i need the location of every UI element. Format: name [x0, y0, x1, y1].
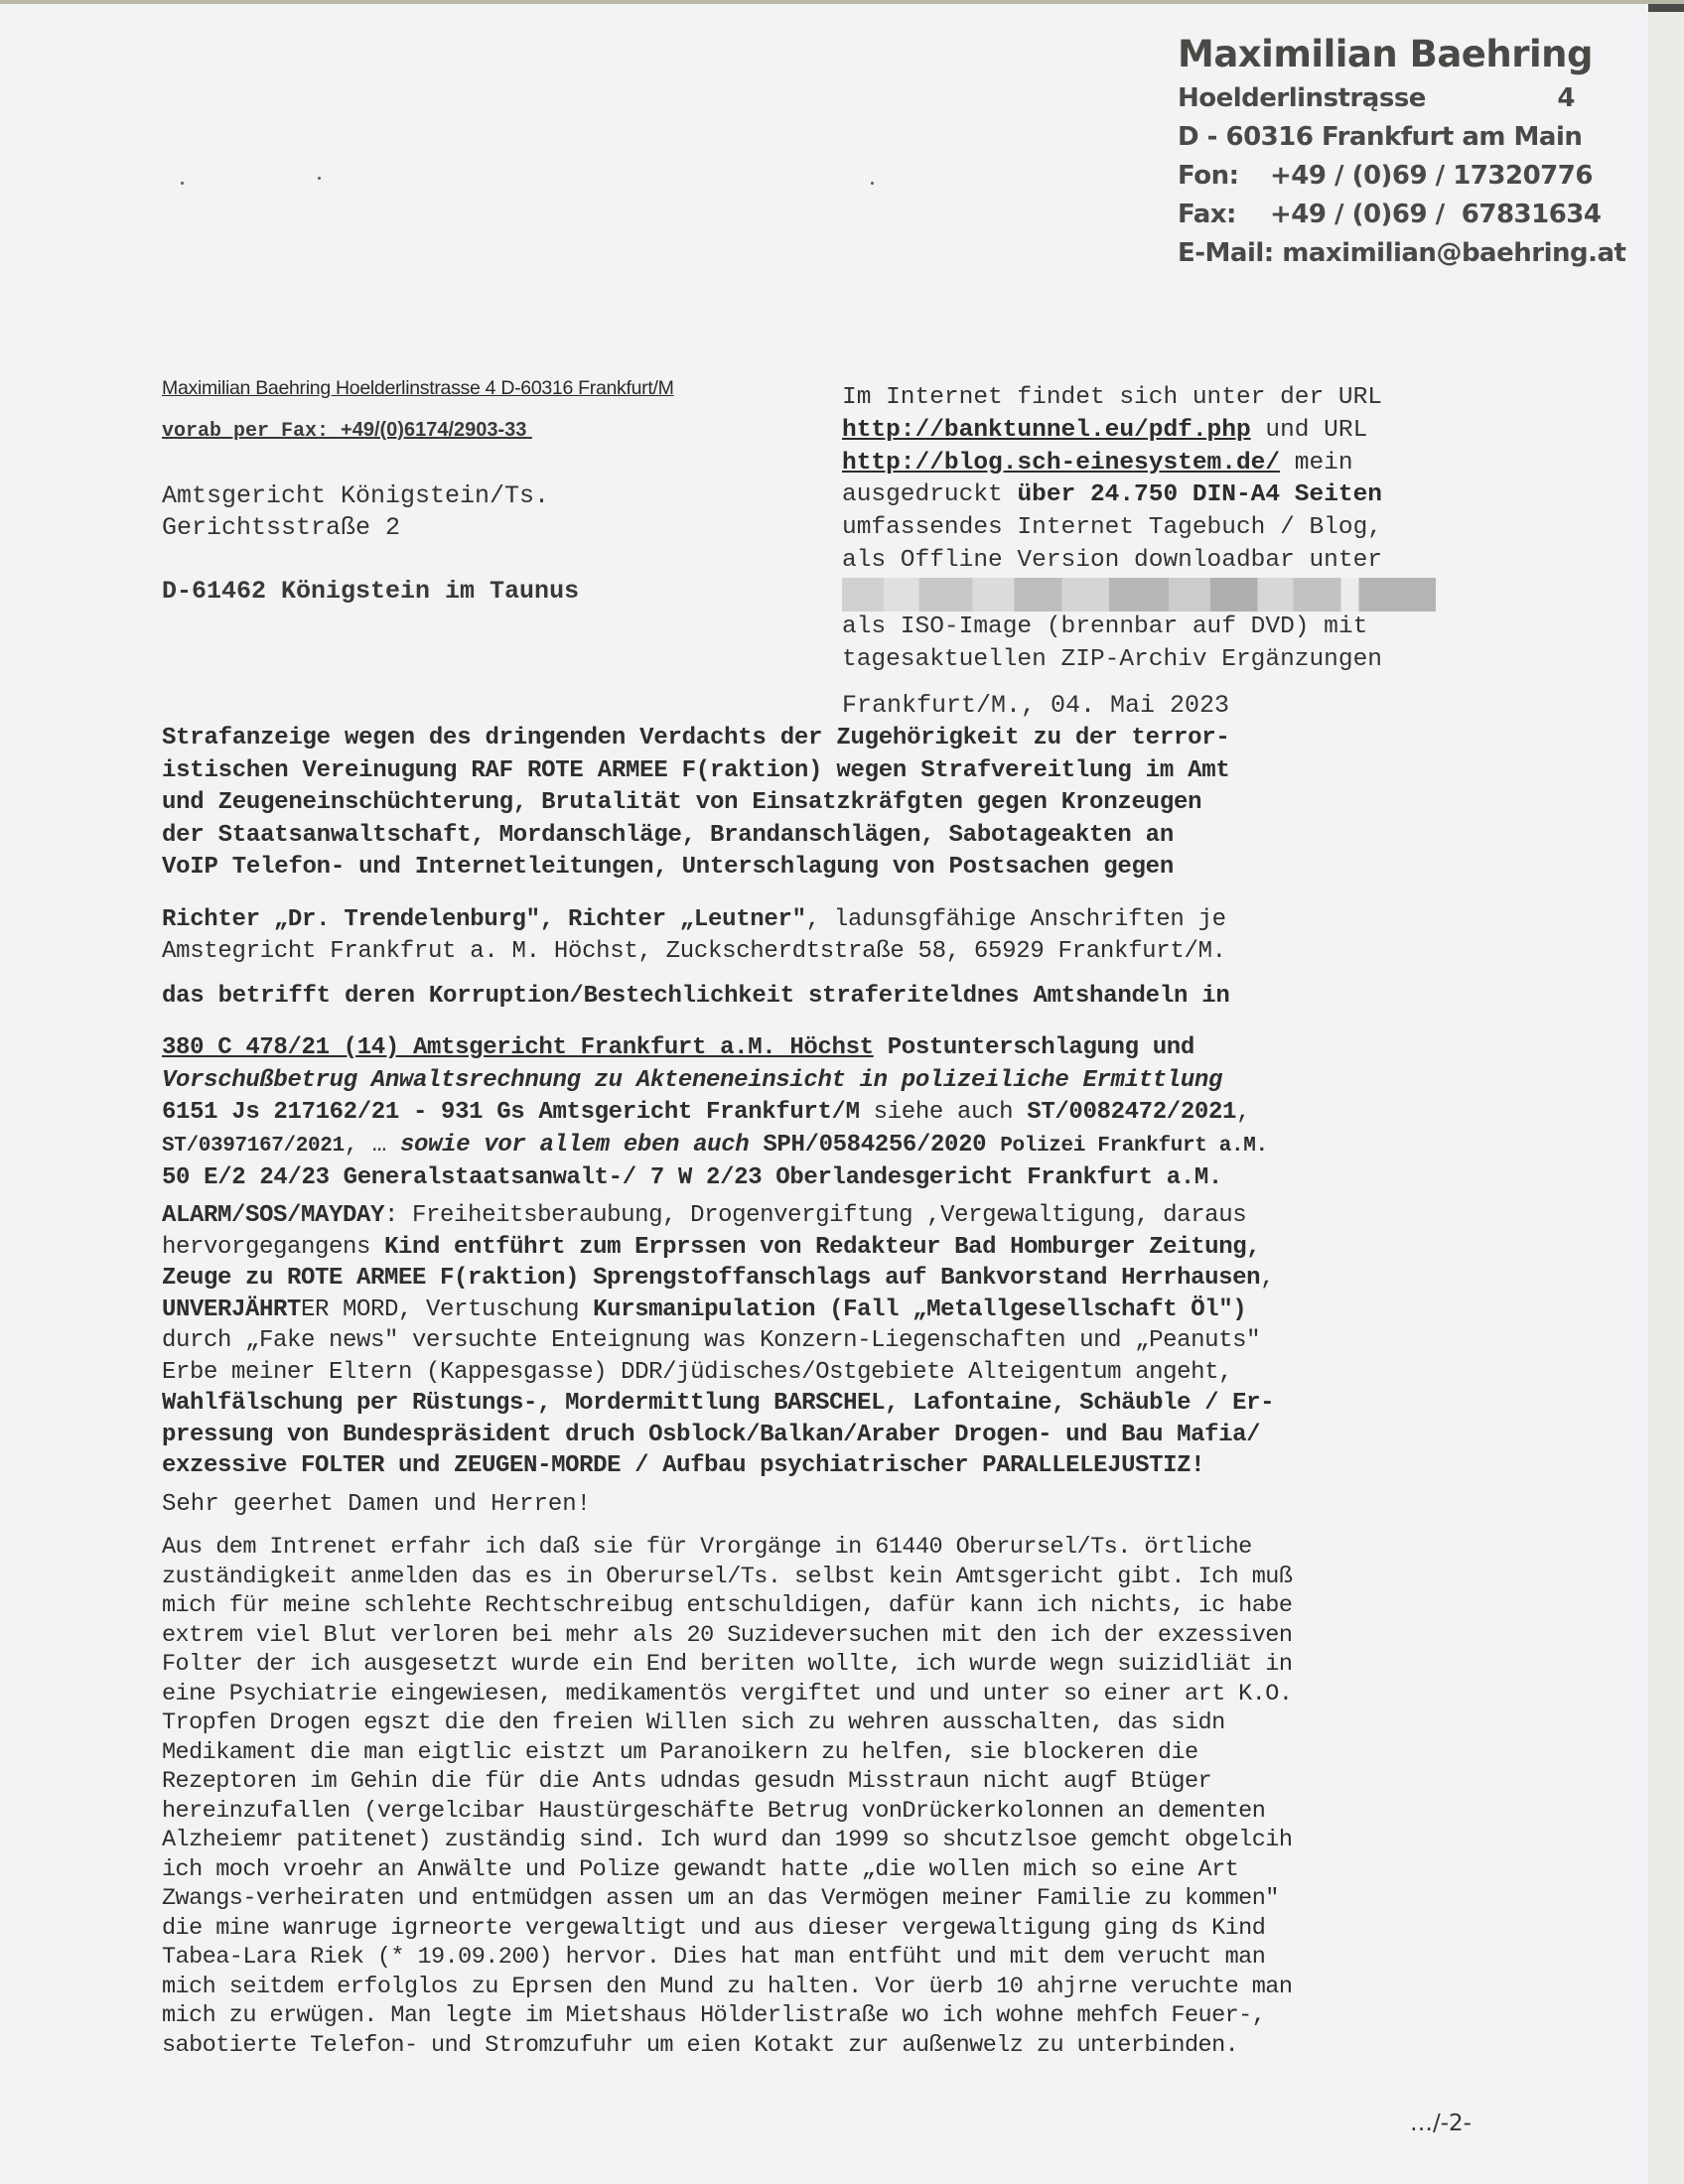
alarm-heading: ALARM/SOS/MAYDAY [162, 1202, 384, 1229]
case-reference-3: ST/0082472/2021 [1027, 1099, 1236, 1126]
alarm-line: Erbe meiner Eltern (Kappesgasse) DDR/jüd… [162, 1357, 1492, 1389]
case-reference-4: ST/0397167/2021 [162, 1135, 345, 1158]
letterhead-street: Hoelderlinstrąsse 4 [1178, 79, 1575, 118]
alarm-text: ER MORD, Vertuschung [301, 1297, 593, 1323]
body-line: Tabea-Lara Riek (* 19.09.200) hervor. Di… [162, 1943, 1492, 1973]
body-line: mich für meine schlehte Rechtschreibug e… [162, 1591, 1492, 1621]
case-text: Polizei Frankfurt a.M. [1000, 1135, 1268, 1158]
case-line-5: 50 E/2 24/23 Generalstaatsanwalt-/ 7 W 2… [162, 1162, 1492, 1195]
body-line: hereinzufallen (vergelcibar Haustürgesch… [162, 1797, 1492, 1827]
alarm-line: Zeuge zu ROTE ARMEE F(raktion) Sprengsto… [162, 1263, 1492, 1295]
body-line: Tropfen Drogen egszt die den freien Will… [162, 1708, 1492, 1738]
alarm-line: ALARM/SOS/MAYDAY: Freiheitsberaubung, Dr… [162, 1200, 1492, 1232]
info-line-pages: ausgedruckt über 24.750 DIN-A4 Seiten [842, 479, 1517, 512]
body-line: Medikament die man eigtlic eistzt um Par… [162, 1738, 1492, 1768]
alarm-text: Kursmanipulation (Fall „Metallgesellscha… [593, 1297, 1246, 1323]
case-text: sowie vor allem eben auch [400, 1132, 749, 1159]
case-reference-2: 6151 Js 217162/21 - 931 Gs Amtsgericht F… [162, 1099, 860, 1126]
body-line: eine Psychiatrie eingewiesen, medikament… [162, 1680, 1492, 1709]
alarm-text: Zeuge zu ROTE ARMEE F(raktion) Sprengsto… [162, 1265, 1260, 1292]
subject-line: VoIP Telefon- und Internetleitungen, Unt… [162, 852, 1492, 885]
house-number: 4 [1557, 79, 1575, 118]
body-line: Aus dem Intrenet erfahr ich daß sie für … [162, 1533, 1492, 1563]
scan-speck [871, 182, 874, 185]
fax-notice: vorab per Fax: +49/(0)6174/2903-33 [162, 419, 532, 443]
case-reference-1: 380 C 478/21 (14) Amtsgericht Frankfurt … [162, 1034, 874, 1061]
sender-return-address: Maximilian Baehring Hoelderlinstrasse 4 … [162, 377, 674, 400]
alarm-line: exzessive FOLTER und ZEUGEN-MORDE / Aufb… [162, 1450, 1492, 1482]
info-line-6: als Offline Version downloadbar unter [842, 545, 1517, 578]
letter-date: Frankfurt/M., 04. Mai 2023 [842, 691, 1229, 720]
alarm-line: UNVERJÄHRTER MORD, Vertuschung Kursmanip… [162, 1295, 1492, 1326]
subject-line: Strafanzeige wegen des dringenden Verdac… [162, 723, 1492, 755]
case-reference-5: SPH/0584256/2020 [749, 1132, 1000, 1159]
case-references: 380 C 478/21 (14) Amtsgericht Frankfurt … [162, 1032, 1492, 1195]
recipient-court: Amtsgericht Königstein/Ts. [162, 480, 579, 512]
alarm-line: durch „Fake news" versuchte Enteignung w… [162, 1325, 1492, 1357]
body-line: Folter der ich ausgesetzt wurde ein End … [162, 1650, 1492, 1680]
fax-label: Fax: [1178, 196, 1270, 234]
info-text: und URL [1251, 417, 1368, 444]
alarm-line: Wahlfälschung per Rüstungs-, Mordermittl… [162, 1388, 1492, 1420]
case-reference-6: 50 E/2 24/23 Generalstaatsanwalt-/ 7 W 2… [162, 1164, 1222, 1191]
letter-body: Aus dem Intrenet erfahr ich daß sie für … [162, 1533, 1492, 2060]
court-address-line: Amstegricht Frankfrut a. M. Höchst, Zuck… [162, 936, 1492, 968]
judges-block: Richter „Dr. Trendelenburg", Richter „Le… [162, 904, 1492, 968]
letterhead-name: Maximilian Baehring [1178, 30, 1625, 79]
info-line-url2: http://blog.sch-einesystem.de/ mein [842, 448, 1517, 480]
info-text: ausgedruckt [842, 481, 1017, 508]
redacted-download-url [842, 578, 1436, 612]
subject-line: und Zeugeneinschüchterung, Brutalität vo… [162, 787, 1492, 820]
phone-number: +49 / (0)69 / 17320776 [1270, 157, 1593, 196]
case-text: , [1236, 1099, 1250, 1126]
recipient-street: Gerichtsstraße 2 [162, 512, 579, 544]
alarm-line: pressung von Bundespräsident druch Osblo… [162, 1420, 1492, 1451]
scan-edge [1648, 0, 1684, 2184]
case-text: siehe auch [860, 1099, 1028, 1126]
alarm-text: UNVERJÄHRT [162, 1297, 301, 1323]
subject-block: Strafanzeige wegen des dringenden Verdac… [162, 723, 1492, 885]
judges-text: , ladunsgfähige Anschriften je [806, 906, 1226, 933]
blog-link[interactable]: http://blog.sch-einesystem.de/ [842, 450, 1280, 477]
letterhead-city: D - 60316 Frankfurt am Main [1178, 118, 1625, 157]
case-text: Vorschußbetrug Anwaltsrechnung zu Aktene… [162, 1067, 1222, 1094]
phone-label: Fon: [1178, 157, 1270, 196]
case-line-1: 380 C 478/21 (14) Amtsgericht Frankfurt … [162, 1032, 1492, 1065]
case-line-3: 6151 Js 217162/21 - 931 Gs Amtsgericht F… [162, 1097, 1492, 1130]
subject-line: istischen Vereinugung RAF ROTE ARMEE F(r… [162, 755, 1492, 788]
judges-line: Richter „Dr. Trendelenburg", Richter „Le… [162, 904, 1492, 936]
case-line-2: Vorschußbetrug Anwaltsrechnung zu Aktene… [162, 1065, 1492, 1098]
info-line-8: als ISO-Image (brennbar auf DVD) mit [842, 612, 1517, 644]
body-line: zuständigkeit anmelden das es in Oberurs… [162, 1563, 1492, 1592]
body-line: mich zu erwügen. Man legte im Mietshaus … [162, 2001, 1492, 2031]
letterhead-email: E-Mail: maximilian@baehring.at [1178, 234, 1625, 273]
subject-line: der Staatsanwaltschaft, Mordanschläge, B… [162, 820, 1492, 853]
body-line: extrem viel Blut verloren bei mehr als 2… [162, 1621, 1492, 1651]
recipient-address: Amtsgericht Königstein/Ts. Gerichtsstraß… [162, 480, 579, 608]
betrifft-line: das betrifft deren Korruption/Bestechlic… [162, 983, 1492, 1010]
alarm-text: , [1260, 1265, 1274, 1292]
scan-speck [181, 182, 184, 185]
scan-speck [318, 177, 321, 180]
letterhead: Maximilian Baehring Hoelderlinstrąsse 4 … [1178, 30, 1625, 273]
alarm-text: : Freiheitsberaubung, Drogenvergiftung ,… [384, 1202, 1246, 1229]
scan-top-strip [0, 0, 1684, 4]
banktunnel-link[interactable]: http://banktunnel.eu/pdf.php [842, 417, 1251, 444]
street-name: Hoelderlinstrąsse [1178, 79, 1426, 118]
case-line-4: ST/0397167/2021, … sowie vor allem eben … [162, 1130, 1492, 1163]
letterhead-phone: Fon: +49 / (0)69 / 17320776 [1178, 157, 1625, 196]
body-line: mich seitdem erfolglos zu Eprsen den Mun… [162, 1973, 1492, 2002]
info-line-5: umfassendes Internet Tagebuch / Blog, [842, 512, 1517, 545]
info-text: mein [1280, 450, 1353, 477]
letterhead-fax: Fax: +49 / (0)69 / 67831634 [1178, 196, 1625, 234]
fax-number: +49 / (0)69 / 67831634 [1270, 196, 1601, 234]
body-line: Alzheiemr patitenet) zuständig sind. Ich… [162, 1826, 1492, 1855]
body-line: ich moch vroehr an Anwälte und Polize ge… [162, 1855, 1492, 1885]
info-intro: Im Internet findet sich unter der URL [842, 382, 1517, 415]
alarm-line: hervorgegangens Kind entführt zum Erprss… [162, 1232, 1492, 1264]
page-count: über 24.750 DIN-A4 Seiten [1017, 481, 1382, 508]
alarm-text: hervorgegangens [162, 1234, 384, 1261]
alarm-block: ALARM/SOS/MAYDAY: Freiheitsberaubung, Dr… [162, 1200, 1492, 1482]
fax-notice-number: +49/(0)6174/2903-33 [341, 419, 532, 441]
fax-notice-prefix: vorab per Fax: [162, 420, 341, 443]
body-line: Zwangs-verheiraten und entmüdgen assen u… [162, 1884, 1492, 1914]
body-line: Rezeptoren im Gehin die für die Ants udn… [162, 1767, 1492, 1797]
body-line: die mine wanruge igrneorte vergewaltigt … [162, 1914, 1492, 1944]
recipient-city: D-61462 Königstein im Taunus [162, 576, 579, 608]
alarm-text: Kind entführt zum Erprssen von Redakteur… [384, 1234, 1260, 1261]
case-text: Postunterschlagung und [874, 1034, 1194, 1061]
scan-corner [1648, 4, 1684, 12]
salutation: Sehr geerhet Damen und Herren! [162, 1489, 1492, 1521]
info-line-url1: http://banktunnel.eu/pdf.php und URL [842, 415, 1517, 448]
case-text: , … [345, 1132, 400, 1159]
blog-info-block: Im Internet findet sich unter der URL ht… [842, 382, 1517, 676]
info-line-9: tagesaktuellen ZIP-Archiv Ergänzungen [842, 644, 1517, 677]
body-line: sabotierte Telefon- und Stromzufuhr um e… [162, 2031, 1492, 2061]
judges-names: Richter „Dr. Trendelenburg", Richter „Le… [162, 906, 806, 933]
page-continuation-marker: …/-2- [1410, 2111, 1472, 2136]
